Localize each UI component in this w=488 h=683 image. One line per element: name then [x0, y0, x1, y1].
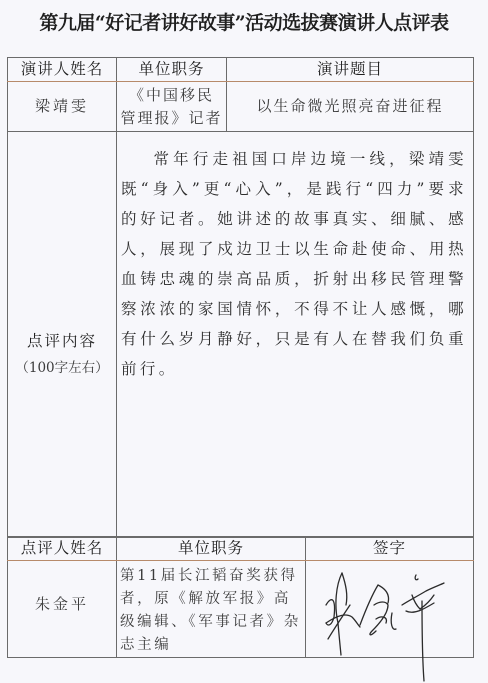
header-speech-topic: 演讲题目 [227, 58, 474, 82]
header-reviewer-name: 点评人姓名 [8, 537, 117, 561]
signature-cell [306, 561, 474, 658]
header-speaker-unit: 单位职务 [117, 58, 227, 82]
reviewer-unit: 第11届长江韬奋奖获得者，原《解放军报》高级编辑、《军事记者》杂志主编 [117, 561, 305, 657]
review-content-cell: 常年行走祖国口岸边境一线，梁靖雯既“身入”更“心入”，是践行“四力”要求的好记者… [117, 132, 474, 538]
speaker-unit: 《中国移民 管理报》记者 [117, 82, 227, 132]
reviewer-header-row: 点评人姓名 单位职务 签字 [8, 537, 474, 561]
signature-icon [316, 565, 466, 683]
speech-topic: 以生命微光照亮奋进征程 [227, 82, 474, 132]
reviewer-row: 朱金平 第11届长江韬奋奖获得者，原《解放军报》高级编辑、《军事记者》杂志主编 [8, 561, 474, 658]
reviewer-unit-cell: 第11届长江韬奋奖获得者，原《解放军报》高级编辑、《军事记者》杂志主编 [117, 561, 306, 658]
header-speaker-name: 演讲人姓名 [8, 58, 117, 82]
reviewer-table: 点评人姓名 单位职务 签字 朱金平 第11届长江韬奋奖获得者，原《解放军报》高级… [7, 536, 474, 658]
review-row: 点评内容 （100字左右） 常年行走祖国口岸边境一线，梁靖雯既“身入”更“心入”… [8, 132, 474, 538]
speaker-header-row: 演讲人姓名 单位职务 演讲题目 [8, 58, 474, 82]
reviewer-name: 朱金平 [8, 561, 117, 658]
review-text: 常年行走祖国口岸边境一线，梁靖雯既“身入”更“心入”，是践行“四力”要求的好记者… [117, 144, 473, 384]
speaker-unit-line1: 《中国移民 [117, 84, 226, 107]
speaker-name: 梁靖雯 [8, 82, 117, 132]
document-title: 第九届“好记者讲好故事”活动选拔赛演讲人点评表 [0, 8, 488, 35]
header-signature: 签字 [306, 537, 474, 561]
header-reviewer-unit: 单位职务 [117, 537, 306, 561]
speaker-unit-line2: 管理报》记者 [117, 107, 226, 130]
review-label: 点评内容 [8, 330, 116, 353]
speaker-table: 演讲人姓名 单位职务 演讲题目 梁靖雯 《中国移民 管理报》记者 以生命微光照亮… [7, 57, 474, 538]
review-label-cell: 点评内容 （100字左右） [8, 132, 117, 538]
speaker-row: 梁靖雯 《中国移民 管理报》记者 以生命微光照亮奋进征程 [8, 82, 474, 132]
review-sublabel: （100字左右） [8, 357, 116, 380]
